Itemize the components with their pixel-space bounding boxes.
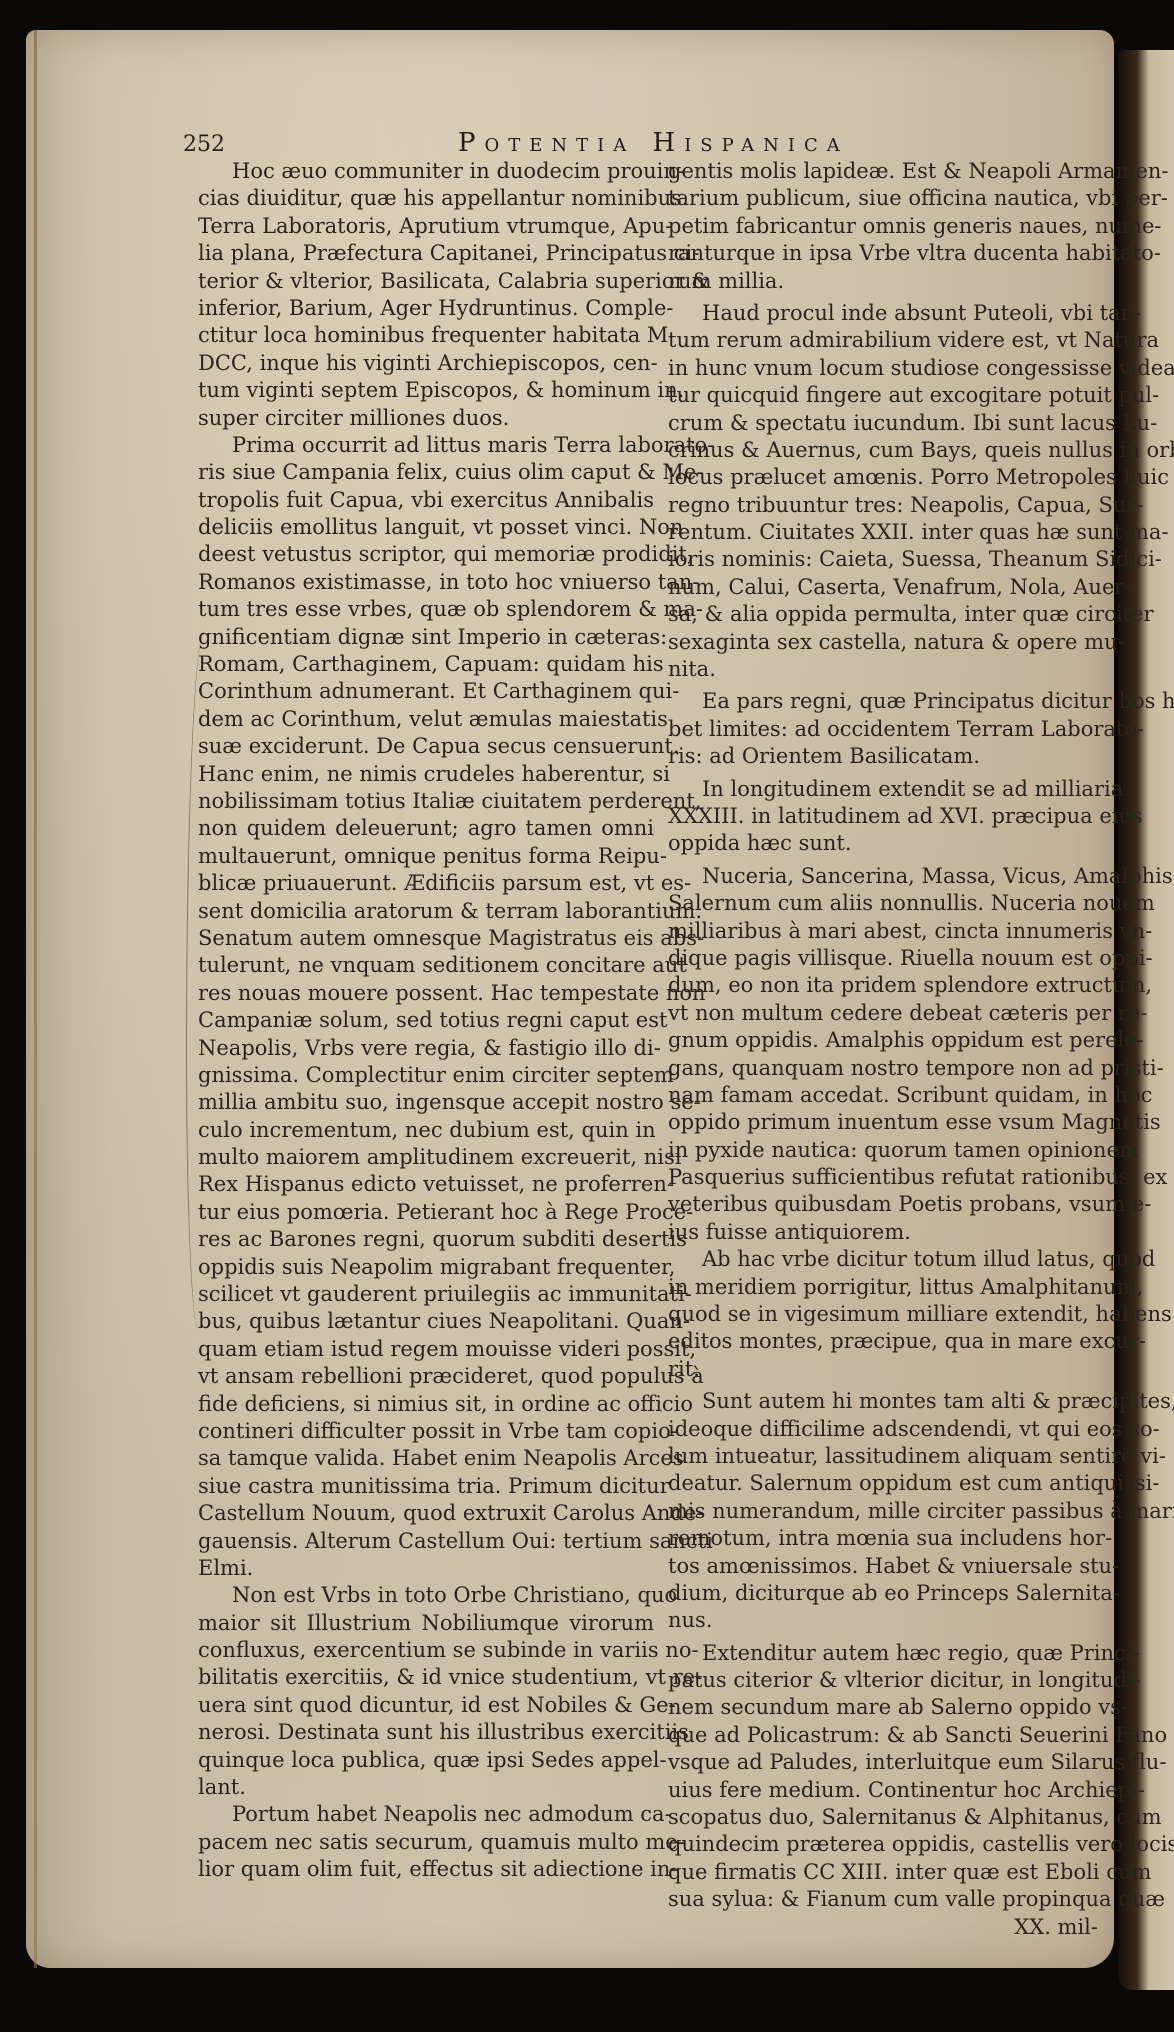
text-line: super circiter milliones duos. [198,405,654,432]
running-header: 252 Potentia Hispanica [183,128,883,158]
text-line: Pasquerius sufficientibus refutat ration… [668,1164,1098,1191]
text-line: quinque loca publica, quæ ipsi Sedes app… [198,1747,654,1774]
text-line: non quidem deleuerunt; agro tamen omni [198,815,654,842]
text-line: gnificentiam dignæ sint Imperio in cæter… [198,624,654,651]
text-line: oppida hæc sunt. [668,830,1098,857]
text-line: sa, & alia oppida permulta, inter quæ ci… [668,601,1098,628]
text-line: Ea pars regni, quæ Principatus dicitur h… [668,688,1098,715]
text-line: ris siue Campania felix, cuius olim capu… [198,459,654,486]
text-line: nita. [668,656,1098,683]
text-line: rit. [668,1356,1098,1383]
text-line: vt ansam rebellioni præcideret, quod pop… [198,1363,654,1390]
text-line: ideoque difficilime adscendendi, vt qui … [668,1416,1098,1443]
text-line: dique pagis villisque. Riuella nouum est… [668,945,1098,972]
text-line: in hunc vnum locum studiose congessisse … [668,355,1098,382]
text-line: tur quicquid fingere aut excogitare potu… [668,382,1098,409]
text-line: tulerunt, ne vnquam seditionem concitare… [198,952,654,979]
text-line: rum millia. [668,268,1098,295]
text-line: multauerunt, omnique penitus forma Reipu… [198,843,654,870]
text-line: scilicet vt gauderent priuilegiis ac imm… [198,1281,654,1308]
text-line: terior & vlterior, Basilicata, Calabria … [198,268,654,295]
text-line: nerosi. Destinata sunt his illustribus e… [198,1719,654,1746]
text-line: Portum habet Neapolis nec admodum ca- [198,1801,654,1828]
text-line: confluxus, exercentium se subinde in var… [198,1637,654,1664]
text-line: quindecim præterea oppidis, castellis ve… [668,1831,1098,1858]
text-line: Ab hac vrbe dicitur totum illud latus, q… [668,1246,1098,1273]
text-line: Prima occurrit ad littus maris Terra lab… [198,432,654,459]
text-line: tarium publicum, siue officina nautica, … [668,185,1098,212]
text-line: Haud procul inde absunt Puteoli, vbi tan… [668,300,1098,327]
text-line: que firmatis CC XIII. inter quæ est Ebol… [668,1859,1098,1886]
text-line: tum tres esse vrbes, quæ ob splendorem &… [198,596,654,623]
text-line: millia ambitu suo, ingensque accepit nos… [198,1089,654,1116]
text-line: nem secundum mare ab Salerno oppido vs- [668,1694,1098,1721]
text-line: quam etiam istud regem mouisse videri po… [198,1336,654,1363]
text-line: Salernum cum aliis nonnullis. Nuceria no… [668,890,1098,917]
text-line: nus. [668,1607,1098,1634]
text-line: Hoc æuo communiter in duodecim prouin- [198,158,654,185]
text-line: editos montes, præcipue, qua in mare exc… [668,1328,1098,1355]
text-line: XXXIII. in latitudinem ad XVI. præcipua … [668,803,1098,830]
text-line: dium, diciturque ab eo Princeps Salernit… [668,1580,1098,1607]
text-line: petim fabricantur omnis generis naues, n… [668,213,1098,240]
text-line: contineri difficulter possit in Vrbe tam… [198,1418,654,1445]
running-title: Potentia Hispanica [458,128,849,158]
text-line: res ac Barones regni, quorum subditi des… [198,1226,654,1253]
text-line: siue castra munitissima tria. Primum dic… [198,1473,654,1500]
text-line: sexaginta sex castella, natura & opere m… [668,629,1098,656]
text-line: uera sint quod dicuntur, id est Nobiles … [198,1692,654,1719]
text-line: ris: ad Orientem Basilicatam. [668,743,1098,770]
text-line: multo maiorem amplitudinem excreuerit, n… [198,1144,654,1171]
text-line: deliciis emollitus languit, vt posset vi… [198,514,654,541]
text-line: tropolis fuit Capua, vbi exercitus Annib… [198,487,654,514]
text-line: remotum, intra mœnia sua includens hor- [668,1525,1098,1552]
text-line: bilitatis exercitiis, & id vnice student… [198,1664,654,1691]
text-line: milliaribus à mari abest, cincta innumer… [668,918,1098,945]
text-line: vt non multum cedere debeat cæteris per … [668,1000,1098,1027]
text-line: lum intueatur, lassitudinem aliquam sent… [668,1443,1098,1470]
text-line: ctitur loca hominibus frequenter habitat… [198,322,654,349]
text-line: tos amœnissimos. Habet & vniuersale stu- [668,1553,1098,1580]
text-line: quod se in vigesimum milliare extendit, … [668,1301,1098,1328]
text-line: patus citerior & vlterior dicitur, in lo… [668,1667,1098,1694]
text-line: maior sit Illustrium Nobiliumque virorum [198,1610,654,1637]
text-line: Elmi. [198,1555,654,1582]
text-line: lant. [198,1774,654,1801]
text-line: nam famam accedat. Scribunt quidam, in h… [668,1082,1098,1109]
text-line: sa tamque valida. Habet enim Neapolis Ar… [198,1445,654,1472]
text-line: tur eius pomœria. Petierant hoc à Rege P… [198,1199,654,1226]
text-line: bet limites: ad occidentem Terram Labora… [668,716,1098,743]
text-line: in pyxide nautica: quorum tamen opinione… [668,1137,1098,1164]
text-line: gnissima. Complectitur enim circiter sep… [198,1062,654,1089]
text-line: locus prælucet amœnis. Porro Metropoles … [668,464,1098,491]
text-line: crum & spectatu iucundum. Ibi sunt lacus… [668,410,1098,437]
text-line: dem ac Corinthum, velut æmulas maiestati… [198,706,654,733]
text-line: dum, eo non ita pridem splendore extruct… [668,972,1098,999]
text-line: inferior, Barium, Ager Hydruntinus. Comp… [198,295,654,322]
text-line: ioris nominis: Caieta, Suessa, Theanum S… [668,546,1098,573]
text-line: tum viginti septem Episcopos, & hominum … [198,377,654,404]
text-line: Extenditur autem hæc regio, quæ Princi- [668,1640,1098,1667]
text-line: sent domicilia aratorum & terram laboran… [198,898,654,925]
text-line: XX. mil- [668,1914,1098,1941]
text-line: Terra Laboratoris, Aprutium vtrumque, Ap… [198,213,654,240]
text-line: oppido primum inuentum esse vsum Magneti… [668,1109,1098,1136]
text-line: blicæ priuauerunt. Ædificiis parsum est,… [198,870,654,897]
text-line: ius fuisse antiquiorem. [668,1219,1098,1246]
text-line: oppidis suis Neapolim migrabant frequent… [198,1254,654,1281]
text-line: Rex Hispanus edicto vetuisset, ne profer… [198,1171,654,1198]
text-line: tum rerum admirabilium videre est, vt Na… [668,327,1098,354]
text-line: que ad Policastrum: & ab Sancti Seuerini… [668,1722,1098,1749]
right-text-column: gentis molis lapideæ. Est & Neapoli Arma… [668,158,1098,1941]
text-line: Sunt autem hi montes tam alti & præcipit… [668,1388,1098,1415]
text-line: Neapolis, Vrbs vere regia, & fastigio il… [198,1035,654,1062]
text-line: sua sylua: & Fianum cum valle propinqua … [668,1886,1098,1913]
text-line: vsque ad Paludes, interluitque eum Silar… [668,1749,1098,1776]
text-line: Corinthum adnumerant. Et Carthaginem qui… [198,678,654,705]
text-line: Romanos existimasse, in toto hoc vniuers… [198,569,654,596]
page-number: 252 [183,132,225,157]
text-line: crinus & Auernus, cum Bays, queis nullus… [668,437,1098,464]
text-line: bus, quibus lætantur ciues Neapolitani. … [198,1308,654,1335]
text-line: Senatum autem omnesque Magistratus eis a… [198,925,654,952]
text-line: uius fere medium. Continentur hoc Archie… [668,1777,1098,1804]
text-line: Campaniæ solum, sed totius regni caput e… [198,1007,654,1034]
text-line: DCC, inque his viginti Archiepiscopos, c… [198,350,654,377]
text-line: cias diuiditur, quæ his appellantur nomi… [198,185,654,212]
text-line: num, Calui, Caserta, Venafrum, Nola, Aue… [668,574,1098,601]
text-line: culo incrementum, nec dubium est, quin i… [198,1117,654,1144]
text-line: nobilissimam totius Italiæ ciuitatem per… [198,788,654,815]
text-line: regno tribuuntur tres: Neapolis, Capua, … [668,492,1098,519]
text-line: mis numerandum, mille circiter passibus … [668,1498,1098,1525]
text-line: Romam, Carthaginem, Capuam: quidam his [198,651,654,678]
text-line: Nuceria, Sancerina, Massa, Vicus, Amalph… [668,863,1098,890]
text-line: gauensis. Alterum Castellum Oui: tertium… [198,1528,654,1555]
text-line: scopatus duo, Salernitanus & Alphitanus,… [668,1804,1098,1831]
text-line: lior quam olim fuit, effectus sit adiect… [198,1856,654,1883]
text-line: gentis molis lapideæ. Est & Neapoli Arma… [668,158,1098,185]
text-line: fide deficiens, si nimius sit, in ordine… [198,1391,654,1418]
text-line: suæ exciderunt. De Capua secus censuerun… [198,733,654,760]
text-line: Hanc enim, ne nimis crudeles haberentur,… [198,761,654,788]
text-line: gnum oppidis. Amalphis oppidum est perel… [668,1027,1098,1054]
text-line: lia plana, Præfectura Capitanei, Princip… [198,240,654,267]
text-line: rentum. Ciuitates XXII. inter quas hæ su… [668,519,1098,546]
text-line: pacem nec satis securum, quamuis multo m… [198,1829,654,1856]
text-line: deatur. Salernum oppidum est cum antiqui… [668,1470,1098,1497]
text-line: veteribus quibusdam Poetis probans, vsum… [668,1191,1098,1218]
text-line: Non est Vrbs in toto Orbe Christiano, qu… [198,1582,654,1609]
text-line: In longitudinem extendit se ad milliaria [668,776,1098,803]
text-line: in meridiem porrigitur, littus Amalphita… [668,1274,1098,1301]
text-line: deest vetustus scriptor, qui memoriæ pro… [198,541,654,568]
text-line: ranturque in ipsa Vrbe vltra ducenta hab… [668,240,1098,267]
left-text-column: Hoc æuo communiter in duodecim prouin-ci… [198,158,654,1884]
text-line: res nouas mouere possent. Hac tempestate… [198,980,654,1007]
text-line: Castellum Nouum, quod extruxit Carolus A… [198,1500,654,1527]
text-line: gans, quanquam nostro tempore non ad pri… [668,1055,1098,1082]
